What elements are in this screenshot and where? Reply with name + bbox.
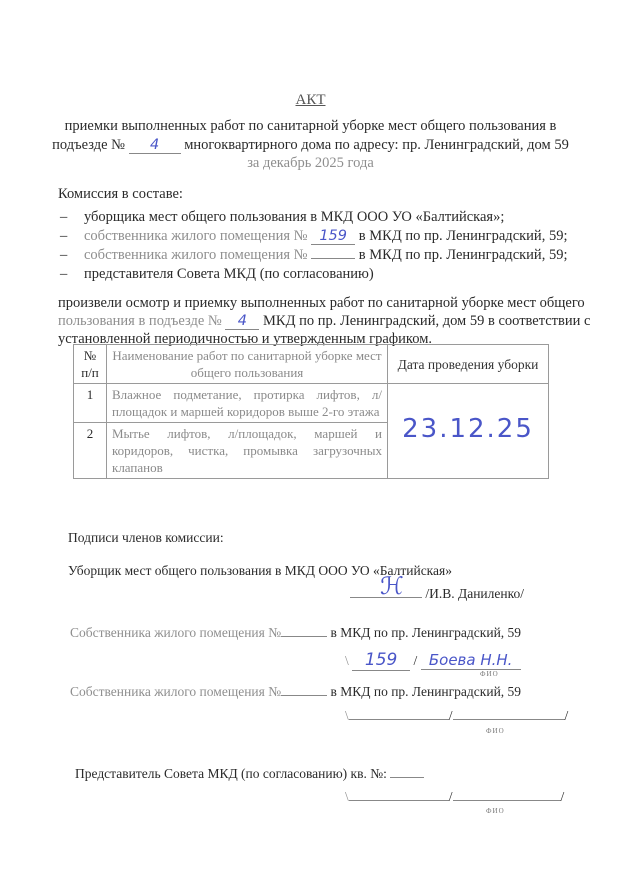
header-line-2: подъезде № 4 многоквартирного дома по ад…	[0, 137, 621, 154]
signature-mark: ℋ	[380, 572, 404, 600]
header-line-1: приемки выполненных работ по санитарной …	[0, 118, 621, 135]
apartment-number-blank	[311, 258, 355, 259]
header-work-name: Наименование работ по санитарной уборке …	[107, 345, 388, 384]
owner1-signature: \ 159 / Боева Н.Н.	[345, 650, 521, 671]
commission-item: –собственника жилого помещения № в МКД п…	[60, 247, 567, 264]
council-signature: \//	[345, 789, 564, 805]
cleaner-signature: ℋ /И.В. Даниленко/	[350, 586, 524, 602]
council-label: Представитель Совета МКД (по согласовани…	[75, 766, 424, 782]
owner1-label: Собственника жилого помещения № в МКД по…	[70, 625, 521, 641]
header-period: за декабрь 2025 года	[0, 155, 621, 172]
header-date: Дата проведения уборки	[388, 345, 549, 384]
fio-caption: ФИО	[486, 727, 505, 735]
works-table: № п/п Наименование работ по санитарной у…	[73, 344, 549, 479]
apartment-number-handwritten: 159	[311, 228, 355, 245]
owner1-apartment-handwritten: 159	[352, 650, 410, 671]
commission-item: –представителя Совета МКД (по согласован…	[60, 266, 374, 283]
signature-line	[349, 800, 449, 801]
owner2-signature: \//	[345, 708, 568, 724]
commission-item: –уборщика мест общего пользования в МКД …	[60, 209, 504, 226]
fio-line	[453, 719, 565, 720]
signatures-heading: Подписи членов комиссии:	[68, 530, 224, 546]
fio-caption: ФИО	[486, 807, 505, 815]
fio-caption: ФИО	[480, 670, 499, 678]
owner2-label: Собственника жилого помещения № в МКД по…	[70, 684, 521, 700]
entrance-number-handwritten: 4	[225, 313, 259, 330]
commission-heading: Комиссия в составе:	[58, 186, 183, 203]
body-line-2: пользования в подъезде № 4 МКД по пр. Ле…	[58, 313, 590, 330]
fio-line	[453, 800, 561, 801]
table-row: 1 Влажное подметание, протирка лифтов, л…	[74, 384, 549, 423]
header-num: № п/п	[74, 345, 107, 384]
cleaning-date-cell: 23.12.25	[388, 384, 549, 479]
owner1-name-handwritten: Боева Н.Н.	[421, 651, 521, 670]
body-line-1: произвели осмотр и приемку выполненных р…	[58, 295, 585, 312]
signature-line	[349, 719, 449, 720]
table-header-row: № п/п Наименование работ по санитарной у…	[74, 345, 549, 384]
cleaning-date-handwritten: 23.12.25	[402, 414, 534, 444]
document-title: АКТ	[0, 92, 621, 109]
commission-item: –собственника жилого помещения № 159 в М…	[60, 228, 567, 245]
entrance-number-handwritten: 4	[129, 137, 181, 154]
